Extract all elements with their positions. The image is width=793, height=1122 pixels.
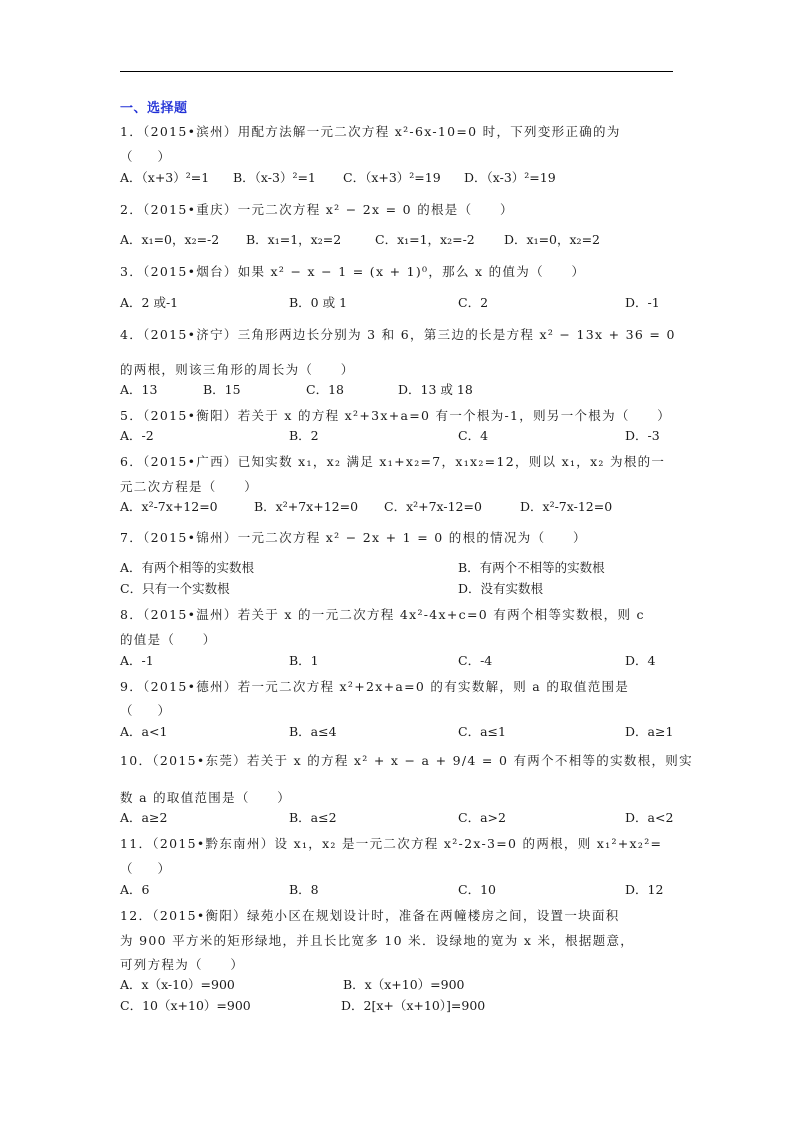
- question-8-option-b: B．1: [289, 653, 319, 669]
- section-heading: 一、选择题: [120, 97, 188, 116]
- question-3-option-b: B．0 或 1: [289, 295, 347, 311]
- question-7-option-a: A．有两个相等的实数根: [120, 560, 254, 576]
- question-10-option-a: A．a≥2: [120, 810, 167, 826]
- question-1-option-a: A．（x+3）²=1: [120, 170, 209, 186]
- question-5-option-d: D．-3: [625, 428, 660, 444]
- question-3-stem: 3．（2015•烟台）如果 x² − x − 1 = (x + 1)⁰，那么 x…: [120, 264, 585, 280]
- question-10-option-d: D．a<2: [625, 810, 673, 826]
- question-12-stem-line-1: 12．（2015•衡阳）绿苑小区在规划设计时，准备在两幢楼房之间，设置一块面积: [120, 908, 620, 924]
- question-4-stem-line-1: 4．（2015•济宁）三角形两边长分别为 3 和 6，第三边的长是方程 x² −…: [120, 327, 676, 343]
- question-3-option-c: C．2: [458, 295, 488, 311]
- question-6-stem-line-1: 6．（2015•广西）已知实数 x₁，x₂ 满足 x₁+x₂=7，x₁x₂=12…: [120, 454, 665, 470]
- question-9-option-b: B．a≤4: [289, 724, 337, 740]
- question-2-option-c: C．x₁=1，x₂=-2: [375, 232, 475, 248]
- question-10-option-c: C．a>2: [458, 810, 506, 826]
- question-5-option-b: B．2: [289, 428, 319, 444]
- question-12-option-a: A．x（x-10）=900: [120, 977, 235, 993]
- question-6-option-c: C．x²+7x-12=0: [384, 499, 482, 515]
- question-1-option-b: B．（x-3）²=1: [233, 170, 316, 186]
- question-7-stem: 7．（2015•锦州）一元二次方程 x² − 2x + 1 = 0 的根的情况为…: [120, 530, 587, 546]
- question-2-option-a: A．x₁=0，x₂=-2: [120, 232, 219, 248]
- question-1-option-d: D．（x-3）²=19: [464, 170, 556, 186]
- question-8-option-d: D．4: [625, 653, 655, 669]
- question-11-stem-line-2: （ ）: [120, 861, 170, 877]
- question-12-option-d: D．2[x+（x+10）]=900: [341, 998, 485, 1014]
- question-12-stem-line-2: 为 900 平方米的矩形绿地，并且长比宽多 10 米．设绿地的宽为 x 米，根据…: [120, 933, 634, 949]
- question-11-option-d: D．12: [625, 882, 663, 898]
- question-1-stem-line-2: （ ）: [120, 149, 170, 165]
- question-2-option-b: B．x₁=1，x₂=2: [246, 232, 341, 248]
- question-8-option-a: A．-1: [120, 653, 154, 669]
- question-5-option-c: C．4: [458, 428, 488, 444]
- question-9-option-a: A．a<1: [120, 724, 167, 740]
- question-4-stem-line-2: 的两根，则该三角形的周长为（ ）: [120, 362, 355, 378]
- question-7-option-b: B．有两个不相等的实数根: [458, 560, 605, 576]
- question-6-option-d: D．x²-7x-12=0: [520, 499, 612, 515]
- question-7-option-c: C．只有一个实数根: [120, 581, 230, 597]
- question-6-option-a: A．x²-7x+12=0: [120, 499, 218, 515]
- question-9-stem-line-1: 9．（2015•德州）若一元二次方程 x²+2x+a=0 的有实数解，则 a 的…: [120, 679, 629, 695]
- header-rule: [120, 71, 673, 72]
- question-10-stem-line-2: 数 a 的取值范围是（ ）: [120, 790, 291, 806]
- question-4-option-b: B．15: [203, 382, 241, 398]
- question-12-option-b: B．x（x+10）=900: [343, 977, 465, 993]
- question-8-option-c: C．-4: [458, 653, 492, 669]
- question-5-stem: 5．（2015•衡阳）若关于 x 的方程 x²+3x+a=0 有一个根为-1，则…: [120, 408, 671, 424]
- question-11-stem-line-1: 11．（2015•黔东南州）设 x₁，x₂ 是一元二次方程 x²-2x-3=0 …: [120, 836, 662, 852]
- document-page: 一、选择题 1．（2015•滨州）用配方法解一元二次方程 x²-6x-10=0 …: [0, 0, 793, 1122]
- question-4-option-d: D．13 或 18: [398, 382, 473, 398]
- question-11-option-b: B．8: [289, 882, 319, 898]
- question-1-option-c: C．（x+3）²=19: [343, 170, 441, 186]
- question-12-stem-line-3: 可列方程为（ ）: [120, 957, 244, 973]
- question-9-stem-line-2: （ ）: [120, 703, 170, 719]
- question-11-option-c: C．10: [458, 882, 496, 898]
- question-1-stem-line-1: 1．（2015•滨州）用配方法解一元二次方程 x²-6x-10=0 时，下列变形…: [120, 124, 673, 140]
- question-6-option-b: B．x²+7x+12=0: [254, 499, 358, 515]
- question-8-stem-line-1: 8．（2015•温州）若关于 x 的一元二次方程 4x²-4x+c=0 有两个相…: [120, 607, 645, 623]
- question-2-stem: 2．（2015•重庆）一元二次方程 x² − 2x = 0 的根是（ ）: [120, 202, 514, 218]
- question-3-option-a: A．2 或-1: [120, 295, 178, 311]
- question-12-option-c: C．10（x+10）=900: [120, 998, 251, 1014]
- question-8-stem-line-2: 的值是（ ）: [120, 632, 217, 648]
- question-10-option-b: B．a≤2: [289, 810, 337, 826]
- question-4-option-c: C．18: [306, 382, 344, 398]
- question-11-option-a: A．6: [120, 882, 149, 898]
- question-4-option-a: A．13: [120, 382, 157, 398]
- question-7-option-d: D．没有实数根: [458, 581, 543, 597]
- question-5-option-a: A．-2: [120, 428, 154, 444]
- question-9-option-c: C．a≤1: [458, 724, 506, 740]
- question-2-option-d: D．x₁=0，x₂=2: [504, 232, 600, 248]
- question-3-option-d: D．-1: [625, 295, 660, 311]
- question-6-stem-line-2: 元二次方程是（ ）: [120, 479, 258, 495]
- question-9-option-d: D．a≥1: [625, 724, 673, 740]
- question-10-stem-line-1: 10．（2015•东莞）若关于 x 的方程 x² + x − a + 9/4 =…: [120, 753, 693, 769]
